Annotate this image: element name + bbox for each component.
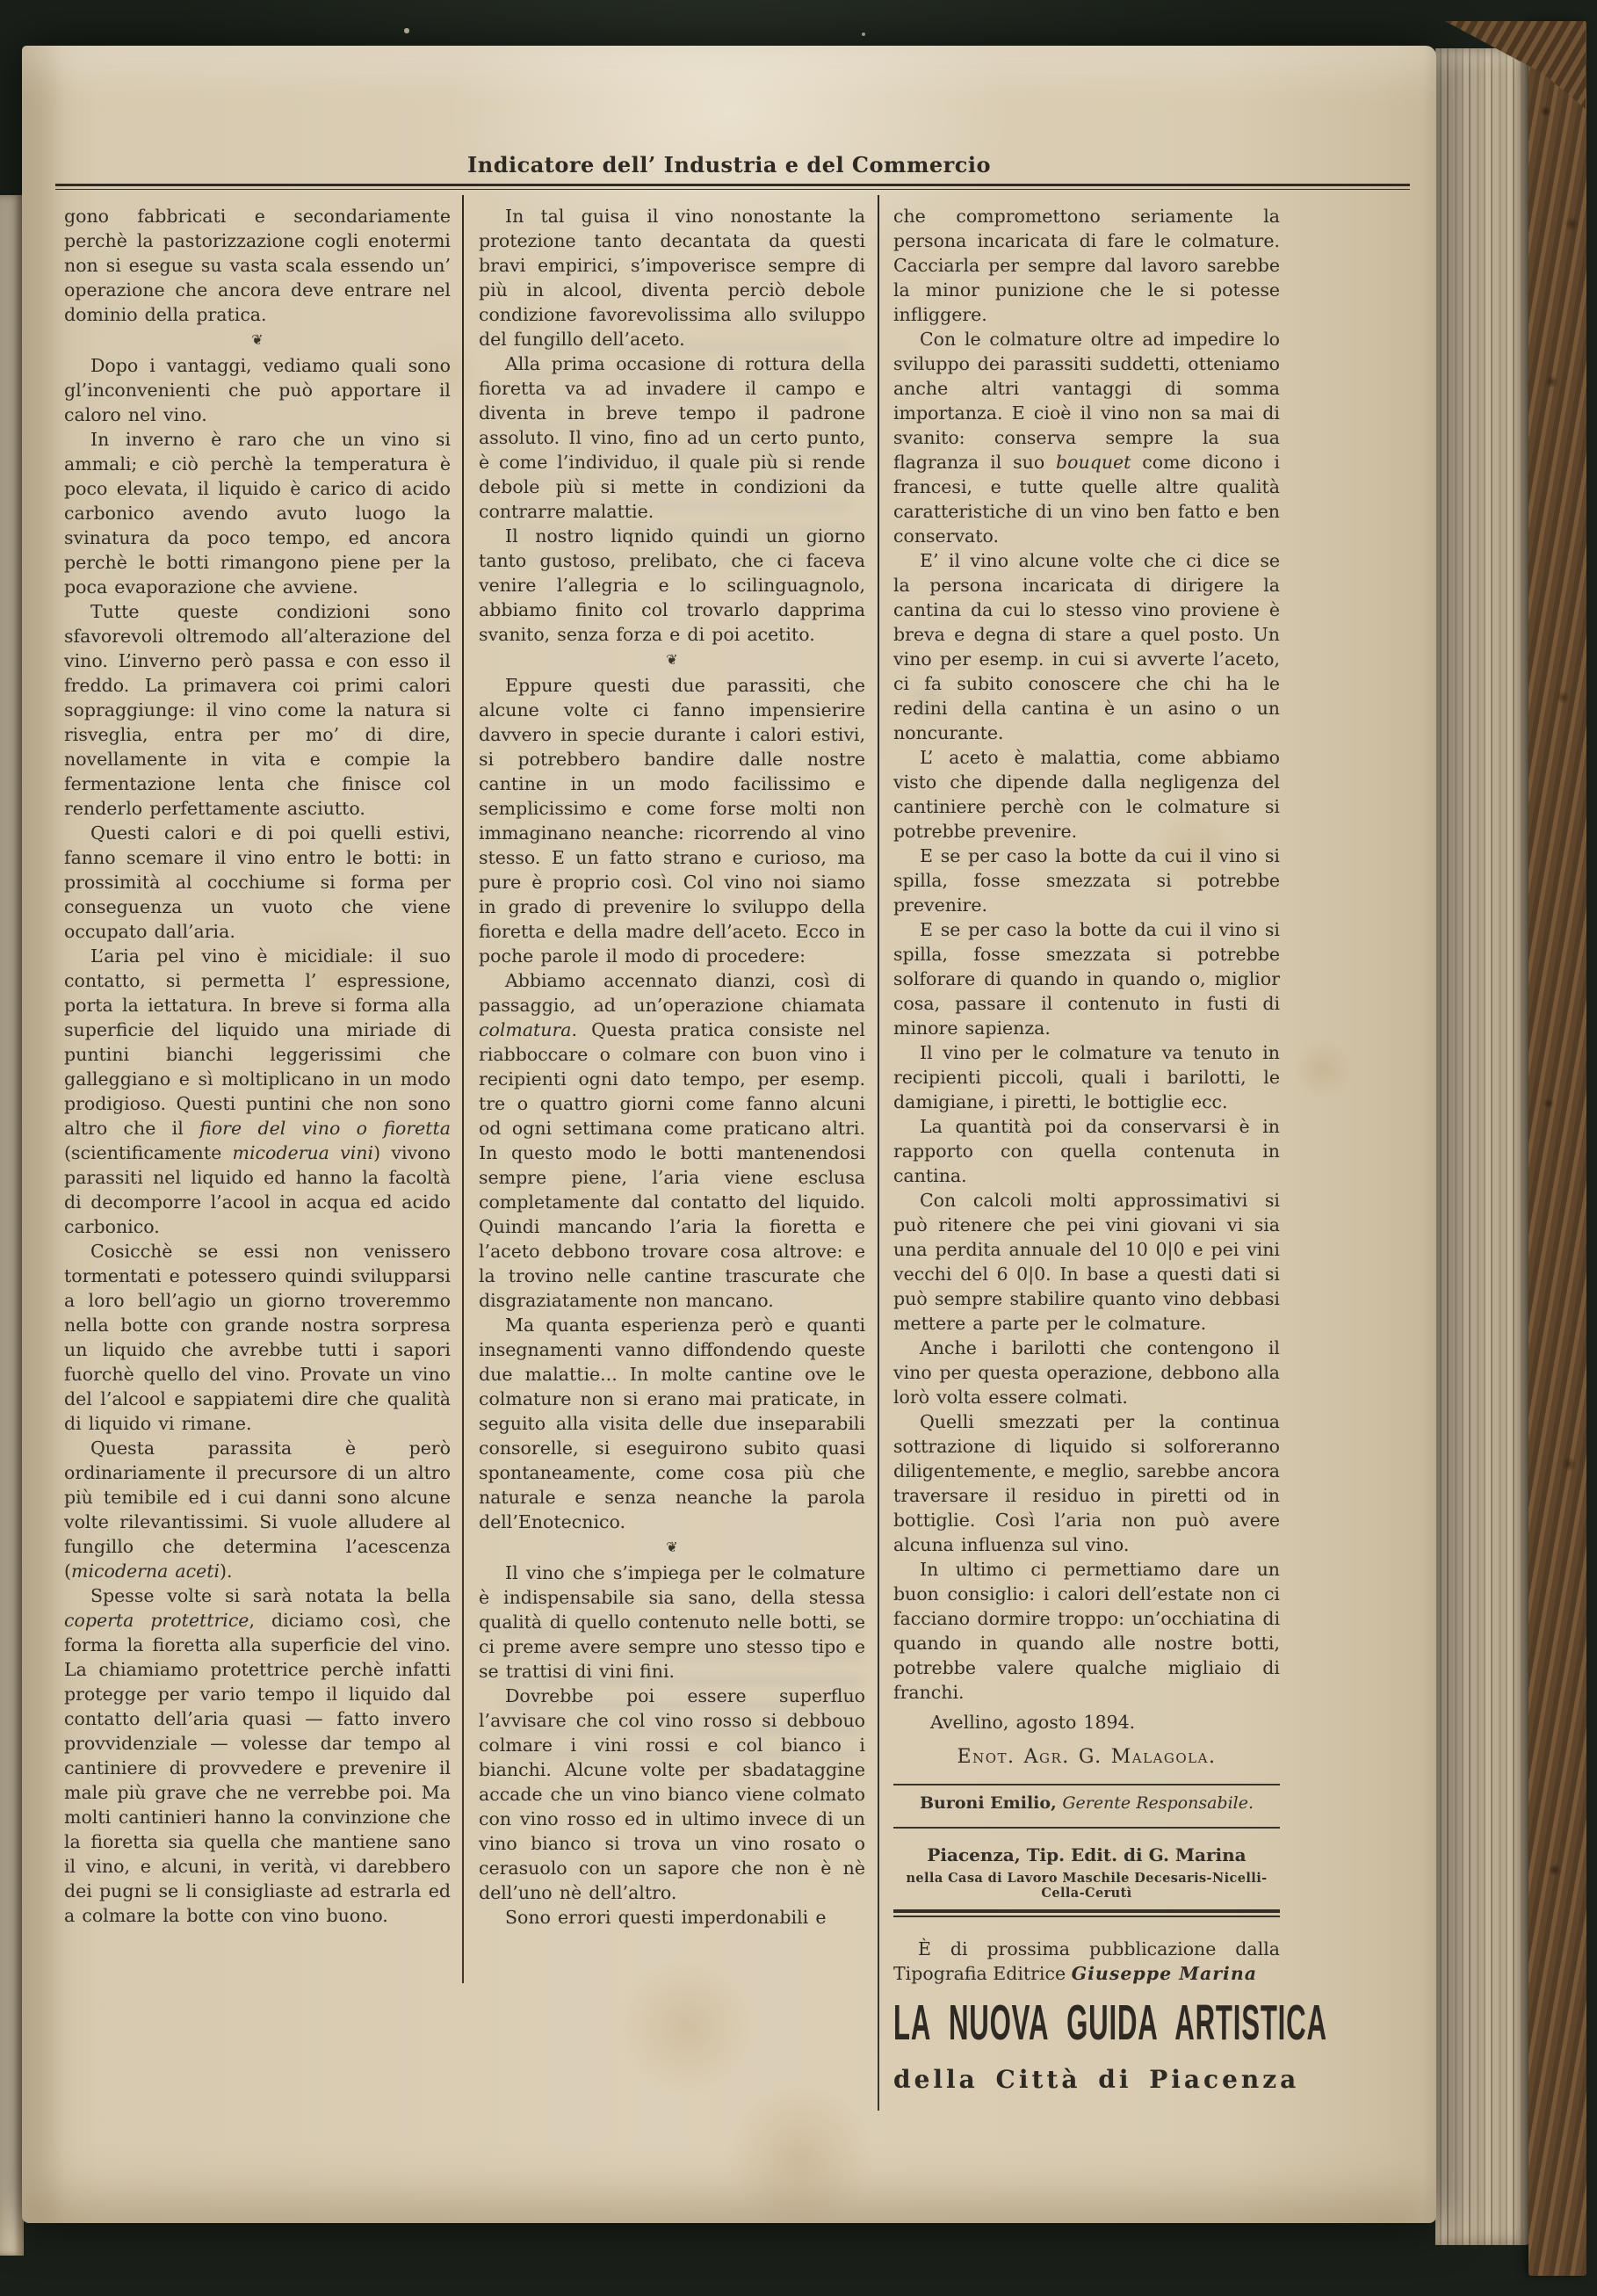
paragraph: Dovrebbe poi essere superfluo l’avvisare… bbox=[479, 1684, 865, 1905]
column-2: In tal guisa il vino nonostante la prote… bbox=[479, 204, 865, 1930]
column-3-text: che compromettono seriamente la persona … bbox=[893, 204, 1280, 1770]
rule-divider bbox=[893, 1784, 1280, 1785]
column-3: che compromettono seriamente la persona … bbox=[893, 204, 1280, 2094]
paragraph: che compromettono seriamente la persona … bbox=[893, 204, 1280, 327]
paragraph: Anche i barilotti che contengono il vino… bbox=[893, 1336, 1280, 1409]
publication-ad: È di prossima pubblicazione dalla Tipogr… bbox=[893, 1937, 1280, 2094]
publication-notice: È di prossima pubblicazione dalla Tipogr… bbox=[893, 1937, 1280, 1986]
paragraph: Questa parassita è però ordinariamente i… bbox=[64, 1436, 451, 1583]
ad-title: LA NUOVA GUIDA ARTISTICA bbox=[893, 1996, 1210, 2073]
paragraph: E’ il vino alcune volte che ci dice se l… bbox=[893, 548, 1280, 745]
rule-divider bbox=[893, 1827, 1280, 1829]
signature-line: Enot. Agr. G. Malagola. bbox=[893, 1745, 1280, 1770]
book-page-stack-edges bbox=[1435, 48, 1532, 2245]
paragraph: Alla prima occasione di rottura della fi… bbox=[479, 351, 865, 524]
dateline: Avellino, agosto 1894. bbox=[893, 1710, 1280, 1735]
paragraph: E se per caso la botte da cui il vino si… bbox=[893, 917, 1280, 1040]
fleuron-ornament: ❦ bbox=[479, 1536, 865, 1559]
paragraph: Spesse volte si sarà notata la bella cop… bbox=[64, 1583, 451, 1928]
paragraph: gono fabbricati e secondariamente perchè… bbox=[64, 204, 451, 327]
heavy-rule-divider bbox=[893, 1909, 1280, 1917]
paragraph: Ma quanta esperienza però e quanti inseg… bbox=[479, 1313, 865, 1534]
book-page: Indicatore dell’ Industria e del Commerc… bbox=[22, 46, 1436, 2223]
running-title: Indicatore dell’ Industria e del Commerc… bbox=[22, 153, 1436, 177]
dust-specks bbox=[0, 0, 2, 2]
column-divider-rule bbox=[878, 195, 879, 2111]
column-1-text: gono fabbricati e secondariamente perchè… bbox=[64, 204, 451, 1928]
fleuron-ornament: ❦ bbox=[479, 648, 865, 671]
responsible-manager-line: Buroni Emilio, Gerente Responsabile. bbox=[893, 1793, 1280, 1813]
paragraph: Il nostro liqnido quindi un giorno tanto… bbox=[479, 524, 865, 647]
paragraph: Abbiamo accennato dianzi, così di passag… bbox=[479, 968, 865, 1313]
imprint-line: Piacenza, Tip. Edit. di G. Marina bbox=[893, 1844, 1280, 1865]
paragraph: Con calcoli molti approssimativi si può … bbox=[893, 1188, 1280, 1336]
paragraph: In tal guisa il vino nonostante la prote… bbox=[479, 204, 865, 351]
paragraph: In ultimo ci permettiamo dare un buon co… bbox=[893, 1557, 1280, 1705]
paragraph: L’ aceto è malattia, come abbiamo visto … bbox=[893, 745, 1280, 844]
paragraph: Il vino che s’impiega per le colmature è… bbox=[479, 1561, 865, 1684]
column-divider-rule bbox=[462, 195, 464, 1983]
paragraph: L’aria pel vino è micidiale: il suo cont… bbox=[64, 944, 451, 1239]
imprint-sub-line: nella Casa di Lavoro Maschile Decesaris-… bbox=[893, 1871, 1280, 1901]
paragraph: Cosicchè se essi non venissero tormentat… bbox=[64, 1239, 451, 1436]
paragraph: Sono errori questi imperdonabili e bbox=[479, 1905, 865, 1930]
paragraph: Tutte queste condizioni sono sfavorevoli… bbox=[64, 599, 451, 821]
column-1: gono fabbricati e secondariamente perchè… bbox=[64, 204, 451, 1928]
paragraph: In inverno è raro che un vino si ammali;… bbox=[64, 427, 451, 599]
book-cover-edge bbox=[1528, 21, 1586, 2276]
fleuron-ornament: ❦ bbox=[64, 329, 451, 351]
paragraph: E se per caso la botte da cui il vino si… bbox=[893, 844, 1280, 917]
paragraph: Dopo i vantaggi, vediamo quali sono gl’i… bbox=[64, 353, 451, 427]
underlying-page-edge bbox=[0, 195, 24, 2256]
paragraph: Questi calori e di poi quelli estivi, fa… bbox=[64, 821, 451, 944]
scanned-book-photo: { "page": { "running_title": "Indicatore… bbox=[0, 0, 1597, 2296]
paragraph: Eppure questi due parassiti, che alcune … bbox=[479, 673, 865, 968]
paragraph: Il vino per le colmature va tenuto in re… bbox=[893, 1040, 1280, 1114]
paragraph: La quantità poi da conservarsi è in rapp… bbox=[893, 1114, 1280, 1188]
paragraph: Con le colmature oltre ad impedire lo sv… bbox=[893, 327, 1280, 548]
paragraph: Quelli smezzati per la continua sottrazi… bbox=[893, 1409, 1280, 1557]
column-2-text: In tal guisa il vino nonostante la prote… bbox=[479, 204, 865, 1930]
header-rule bbox=[55, 184, 1410, 190]
